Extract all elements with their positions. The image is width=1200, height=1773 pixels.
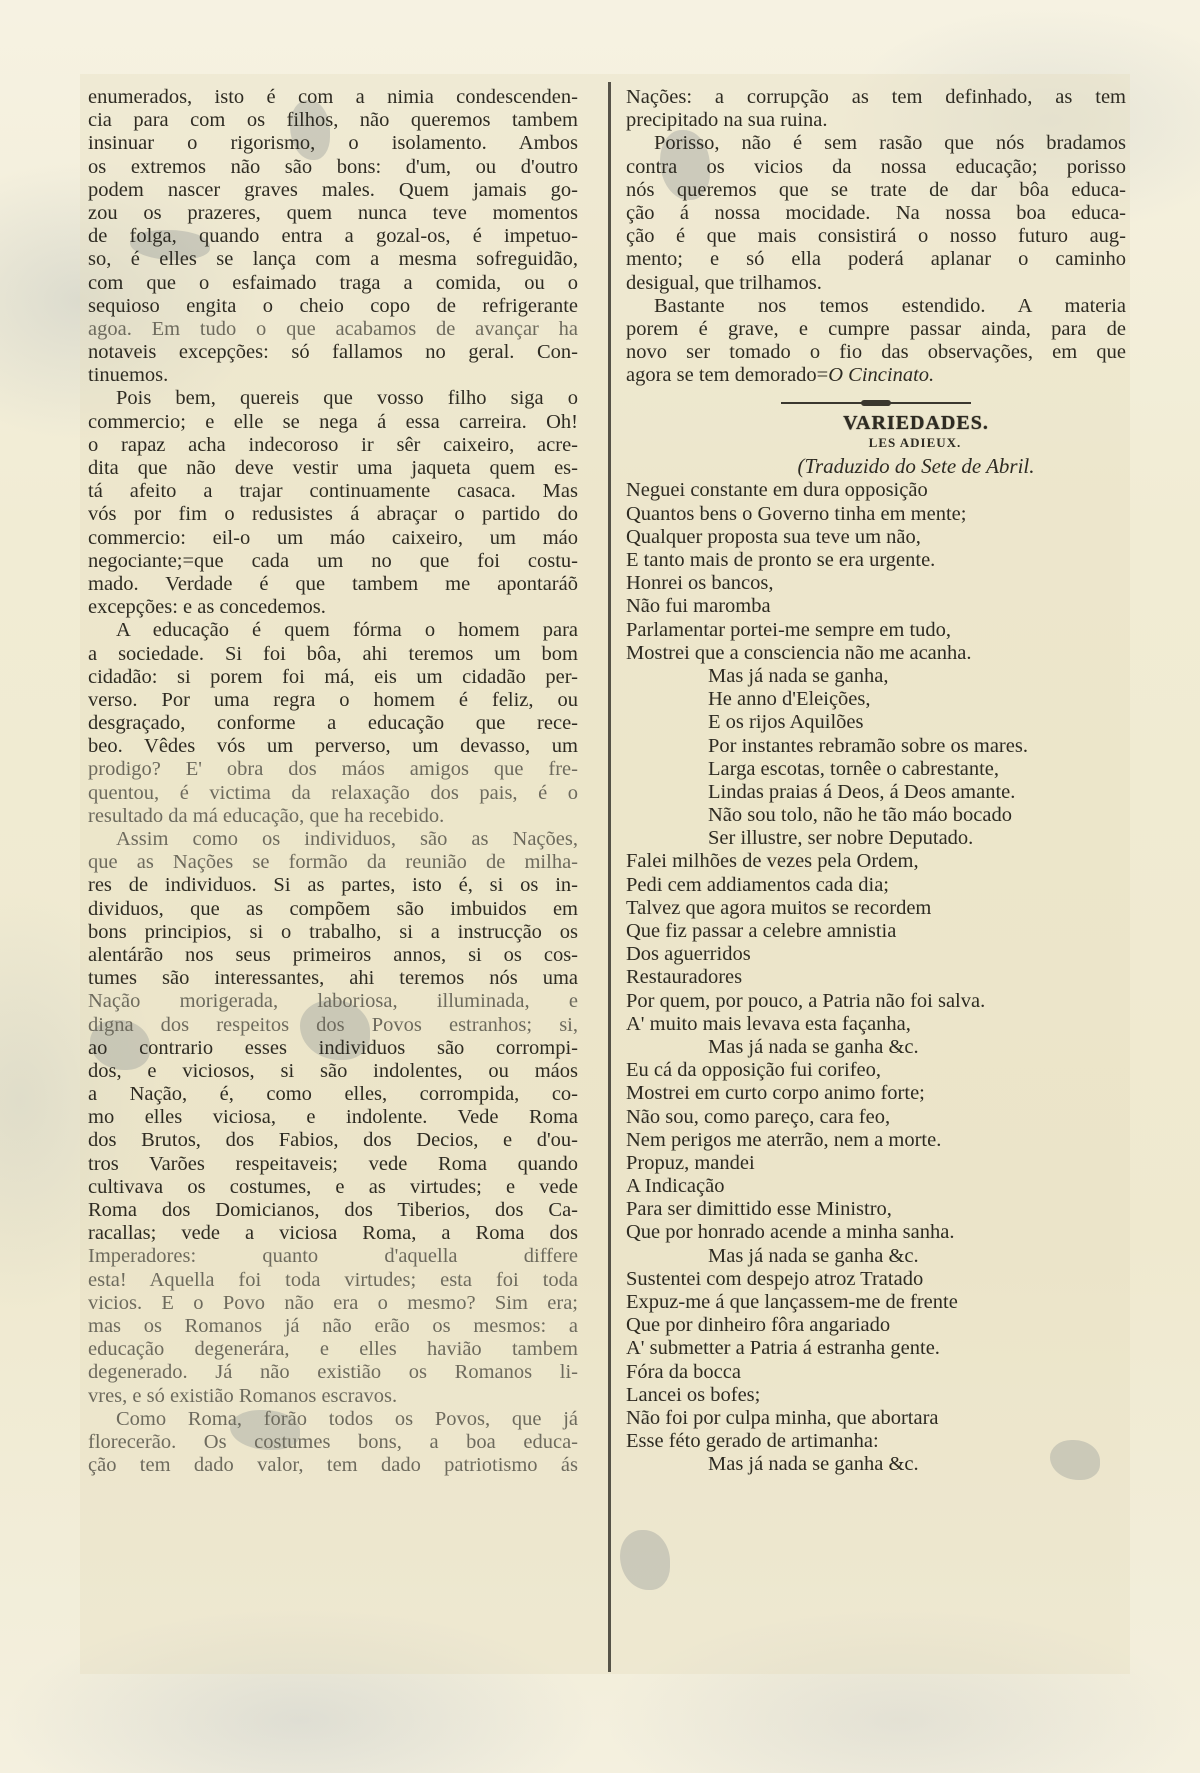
poem-line: Falei milhões de vezes pela Ordem, xyxy=(626,850,1126,873)
poem-refrain-line: Mas já nada se ganha, xyxy=(626,665,1126,688)
text-line: notaveis excepções: só fallamos no geral… xyxy=(88,341,578,364)
text-line: nós queremos que se trate de dar bôa edu… xyxy=(626,179,1126,202)
text-line: agora se tem demorado=O Cincinato. xyxy=(626,364,1126,387)
text-line: vicios. E o Povo não era o mesmo? Sim er… xyxy=(88,1292,578,1315)
text-line: contra os vicios da nossa educação; pori… xyxy=(626,156,1126,179)
text-line: educação degenerára, e elles havião tamb… xyxy=(88,1338,578,1361)
text-line: negociante;=que cada um no que foi costu… xyxy=(88,550,578,573)
text-line: so, é elles se lança com a mesma sofregu… xyxy=(88,248,578,271)
text-line: digna dos respeitos dos Povos estranhos;… xyxy=(88,1014,578,1037)
text-line: desigual, que trilhamos. xyxy=(626,272,1126,295)
poem-title: LES ADIEUX. xyxy=(704,435,1126,451)
poem-line: Quantos bens o Governo tinha em mente; xyxy=(626,503,1126,526)
poem-refrain-line: Mas já nada se ganha &c. xyxy=(626,1453,1126,1476)
poem-line: A Indicação xyxy=(626,1175,1126,1198)
poem-line: Lancei os bofes; xyxy=(626,1384,1126,1407)
poem-refrain-line: Lindas praias á Deos, á Deos amante. xyxy=(626,781,1126,804)
text-line: o rapaz acha indecoroso ir sêr caixeiro,… xyxy=(88,434,578,457)
text-line: porem é grave, e cumpre passar ainda, pa… xyxy=(626,318,1126,341)
paragraph-start: Como Roma, forão todos os Povos, que já xyxy=(88,1408,578,1431)
poem-line: Qualquer proposta sua teve um não, xyxy=(626,526,1126,549)
text-line: agoa. Em tudo o que acabamos de avançar … xyxy=(88,318,578,341)
text-line: podem nascer graves males. Quem jamais g… xyxy=(88,179,578,202)
text-line: Nações: a corrupção as tem definhado, as… xyxy=(626,86,1126,109)
poem-line: Sustentei com despejo atroz Tratado xyxy=(626,1268,1126,1291)
source-note: (Traduzido do Sete de Abril. xyxy=(706,453,1126,479)
poem-line: Dos aguerridos xyxy=(626,943,1126,966)
text-line: mo elles viciosa, e indolente. Vede Roma xyxy=(88,1106,578,1129)
poem-line: Fóra da bocca xyxy=(626,1361,1126,1384)
paragraph-start: Assim como os individuos, são as Nações, xyxy=(88,828,578,851)
text-line: ao contrario esses individuos são corrom… xyxy=(88,1037,578,1060)
text-line: Imperadores: quanto d'aquella differe xyxy=(88,1245,578,1268)
text-line: cia para com os filhos, não queremos tam… xyxy=(88,109,578,132)
section-title: VARIEDADES. xyxy=(706,411,1126,435)
poem-refrain-line: Ser illustre, ser nobre Deputado. xyxy=(626,827,1126,850)
poem-line: Que fiz passar a celebre amnistia xyxy=(626,920,1126,943)
poem-line: Para ser dimittido esse Ministro, xyxy=(626,1198,1126,1221)
poem-line: E tanto mais de pronto se era urgente. xyxy=(626,549,1126,572)
poem-line: Esse féto gerado de artimanha: xyxy=(626,1430,1126,1453)
closing-text: agora se tem demorado= xyxy=(626,364,828,386)
text-line: resultado da má educação, que ha recebid… xyxy=(88,805,578,828)
text-line: tumes são interessantes, ahi teremos nós… xyxy=(88,967,578,990)
poem-refrain-line: E os rijos Aquilões xyxy=(626,711,1126,734)
text-line: bons principios, si o trabalho, si a ins… xyxy=(88,921,578,944)
text-line: vós por fim o redusistes á abraçar o par… xyxy=(88,503,578,526)
text-line: verso. Por uma regra o homem é feliz, ou xyxy=(88,689,578,712)
poem-line: Não sou, como pareço, cara feo, xyxy=(626,1106,1126,1129)
poem-line: Talvez que agora muitos se recordem xyxy=(626,897,1126,920)
paragraph-start: Pois bem, quereis que vosso filho siga o xyxy=(88,387,578,410)
right-column: Nações: a corrupção as tem definhado, as… xyxy=(626,86,1126,1477)
paragraph-start: A educação é quem fórma o homem para xyxy=(88,619,578,642)
poem-line: A' muito mais levava esta façanha, xyxy=(626,1013,1126,1036)
text-line: novo ser tomado o fio das observações, e… xyxy=(626,341,1126,364)
poem-line: Pedi cem addiamentos cada dia; xyxy=(626,874,1126,897)
text-line: Roma dos Domicianos, dos Tiberios, dos C… xyxy=(88,1199,578,1222)
text-line: ção tem dado valor, tem dado patriotismo… xyxy=(88,1454,578,1477)
text-line: a sociedade. Si foi bôa, ahi teremos um … xyxy=(88,643,578,666)
text-line: que as Nações se formão da reunião de mi… xyxy=(88,851,578,874)
poem-line: Que por honrado acende a minha sanha. xyxy=(626,1221,1126,1244)
text-line: Nação morigerada, laboriosa, illuminada,… xyxy=(88,990,578,1013)
text-line: dos, e viciosos, si são indolentes, ou m… xyxy=(88,1060,578,1083)
text-line: tros Varões respeitaveis; vede Roma quan… xyxy=(88,1153,578,1176)
poem-refrain-line: Larga escotas, tornêe o cabrestante, xyxy=(626,758,1126,781)
text-line: precipitado na sua ruina. xyxy=(626,109,1126,132)
poem-line: Por quem, por pouco, a Patria não foi sa… xyxy=(626,990,1126,1013)
text-line: mado. Verdade é que tambem me apontaráõ xyxy=(88,573,578,596)
text-line: dividuos, que as compõem são imbuidos em xyxy=(88,898,578,921)
text-line: tá afeito a trajar continuamente casaca.… xyxy=(88,480,578,503)
poem-line: Não foi por culpa minha, que abortara xyxy=(626,1407,1126,1430)
text-line: alentárão nos seus primeiros annos, si o… xyxy=(88,944,578,967)
text-line: cultivava os costumes, e as virtudes; e … xyxy=(88,1176,578,1199)
text-line: vres, e só existião Romanos escravos. xyxy=(88,1385,578,1408)
text-line: enumerados, isto é com a nimia condescen… xyxy=(88,86,578,109)
text-line: prodigo? E' obra dos máos amigos que fre… xyxy=(88,758,578,781)
poem-line: Mostrei que a consciencia não me acanha. xyxy=(626,642,1126,665)
text-line: racallas; vede a viciosa Roma, a Roma do… xyxy=(88,1222,578,1245)
text-line: com que o esfaimado traga a comida, ou o xyxy=(88,272,578,295)
text-line: os extremos não são bons: d'um, ou d'out… xyxy=(88,156,578,179)
text-line: dita que não deve vestir uma jaqueta que… xyxy=(88,457,578,480)
newspaper-page: enumerados, isto é com a nimia condescen… xyxy=(0,0,1200,1773)
poem-refrain-line: Mas já nada se ganha &c. xyxy=(626,1036,1126,1059)
text-line: de folga, quando entra a gozal-os, é imp… xyxy=(88,225,578,248)
text-line: ção é que mais consistirá o nosso futuro… xyxy=(626,225,1126,248)
text-line: mento; e só ella poderá aplanar o caminh… xyxy=(626,248,1126,271)
poem-line: Expuz-me á que lançassem-me de frente xyxy=(626,1291,1126,1314)
paragraph-start: Porisso, não é sem rasão que nós bradamo… xyxy=(626,132,1126,155)
text-line: res de individuos. Si as partes, isto é,… xyxy=(88,874,578,897)
text-line: insinuar o rigorismo, o isolamento. Ambo… xyxy=(88,132,578,155)
poem-refrain-line: He anno d'Eleições, xyxy=(626,688,1126,711)
poem-line: Que por dinheiro fôra angariado xyxy=(626,1314,1126,1337)
text-line: commercio; e elle se nega á essa carreir… xyxy=(88,411,578,434)
poem-line: Parlamentar portei-me sempre em tudo, xyxy=(626,619,1126,642)
text-line: zou os prazeres, quem nunca teve momento… xyxy=(88,202,578,225)
text-line: degenerado. Já não existião os Romanos l… xyxy=(88,1361,578,1384)
poem-refrain-line: Não sou tolo, não he tão máo bocado xyxy=(626,804,1126,827)
paragraph-start: Bastante nos temos estendido. A materia xyxy=(626,295,1126,318)
author-signature: O Cincinato. xyxy=(828,364,934,386)
text-line: commercio: eil-o um máo caixeiro, um máo xyxy=(88,527,578,550)
poem-line: Mostrei em curto corpo animo forte; xyxy=(626,1082,1126,1105)
poem-line: A' submetter a Patria á estranha gente. xyxy=(626,1337,1126,1360)
text-line: cidadão: si porem foi má, eis um cidadão… xyxy=(88,666,578,689)
left-column: enumerados, isto é com a nimia condescen… xyxy=(88,86,578,1477)
text-line: mas os Romanos já não erão os mesmos: a xyxy=(88,1315,578,1338)
poem-line: Neguei constante em dura opposição xyxy=(626,479,1126,502)
text-line: sequioso engita o cheio copo de refriger… xyxy=(88,295,578,318)
text-line: a Nação, é, como elles, corrompida, co- xyxy=(88,1083,578,1106)
text-line: esta! Aquella foi toda virtudes; esta fo… xyxy=(88,1269,578,1292)
text-line: dos Brutos, dos Fabios, dos Decios, e d'… xyxy=(88,1129,578,1152)
text-line: ção á nossa mocidade. Na nossa boa educa… xyxy=(626,202,1126,225)
text-line: tinuemos. xyxy=(88,364,578,387)
poem-line: Honrei os bancos, xyxy=(626,572,1126,595)
poem-refrain-line: Por instantes rebramão sobre os mares. xyxy=(626,735,1126,758)
section-divider-ornament xyxy=(781,401,971,405)
poem-refrain-line: Mas já nada se ganha &c. xyxy=(626,1245,1126,1268)
poem-line: Não fui maromba xyxy=(626,595,1126,618)
text-line: florecerão. Os costumes bons, a boa educ… xyxy=(88,1431,578,1454)
text-line: desgraçado, conforme a educação que rece… xyxy=(88,712,578,735)
poem-line: Propuz, mandei xyxy=(626,1152,1126,1175)
poem-line: Eu cá da opposição fui corifeo, xyxy=(626,1059,1126,1082)
text-line: excepções: e as concedemos. xyxy=(88,596,578,619)
poem-line: Restauradores xyxy=(626,966,1126,989)
text-line: quentou, é victima da relaxação dos pais… xyxy=(88,782,578,805)
column-divider xyxy=(608,82,611,1672)
poem-line: Nem perigos me aterrão, nem a morte. xyxy=(626,1129,1126,1152)
poem: Neguei constante em dura opposiçãoQuanto… xyxy=(626,479,1126,1476)
text-line: beo. Vêdes vós um perverso, um devasso, … xyxy=(88,735,578,758)
